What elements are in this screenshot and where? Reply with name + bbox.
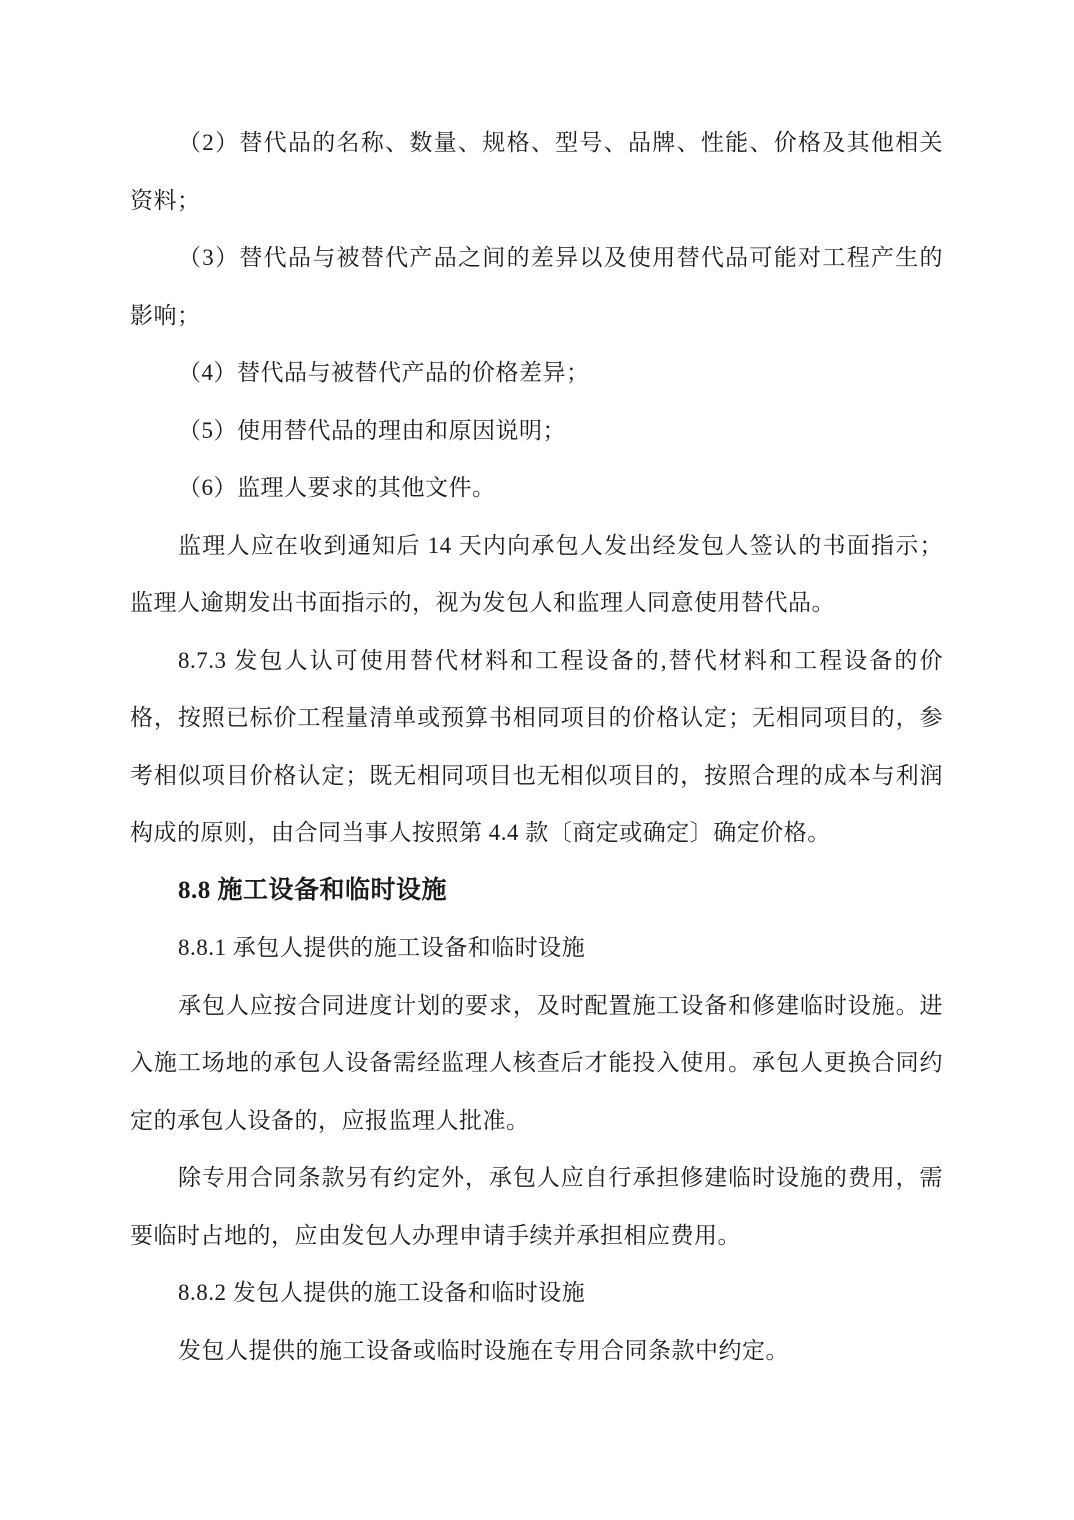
list-item-3-line-1: （3）替代品与被替代产品之间的差异以及使用替代品可能对工程产生的 — [130, 229, 943, 287]
section-heading-8-8: 8.8 施工设备和临时设施 — [130, 862, 943, 920]
clause-8-7-3-line-1: 8.7.3 发包人认可使用替代材料和工程设备的,替代材料和工程设备的价 — [130, 632, 943, 690]
list-item-6: （6）监理人要求的其他文件。 — [130, 459, 943, 517]
clause-8-7-3-line-3: 考相似项目价格认定；既无相同项目也无相似项目的，按照合理的成本与利润 — [130, 747, 943, 805]
clause-8-8-1-line-2: 入施工场地的承包人设备需经监理人核查后才能投入使用。承包人更换合同约 — [130, 1034, 943, 1092]
document-page: （2）替代品的名称、数量、规格、型号、品牌、性能、价格及其他相关 资料； （3）… — [0, 0, 1074, 1520]
clause-8-8-1-line-1: 承包人应按合同进度计划的要求，及时配置施工设备和修建临时设施。进 — [130, 977, 943, 1035]
document-text-block: （2）替代品的名称、数量、规格、型号、品牌、性能、价格及其他相关 资料； （3）… — [130, 114, 943, 1379]
clause-heading-8-8-2: 8.8.2 发包人提供的施工设备和临时设施 — [130, 1264, 943, 1322]
list-item-2-line-1: （2）替代品的名称、数量、规格、型号、品牌、性能、价格及其他相关 — [130, 114, 943, 172]
list-item-3-line-2: 影响； — [130, 287, 943, 345]
clause-8-8-2-text: 发包人提供的施工设备或临时设施在专用合同条款中约定。 — [130, 1322, 943, 1380]
temp-facilities-paragraph-line-2: 要临时占地的，应由发包人办理申请手续并承担相应费用。 — [130, 1207, 943, 1265]
clause-heading-8-8-1: 8.8.1 承包人提供的施工设备和临时设施 — [130, 919, 943, 977]
list-item-2-line-2: 资料； — [130, 172, 943, 230]
clause-8-7-3-line-4: 构成的原则，由合同当事人按照第 4.4 款〔商定或确定〕确定价格。 — [130, 804, 943, 862]
clause-8-8-1-line-3: 定的承包人设备的，应报监理人批准。 — [130, 1092, 943, 1150]
supervisor-paragraph-line-2: 监理人逾期发出书面指示的，视为发包人和监理人同意使用替代品。 — [130, 574, 943, 632]
clause-8-7-3-line-2: 格，按照已标价工程量清单或预算书相同项目的价格认定；无相同项目的，参 — [130, 689, 943, 747]
temp-facilities-paragraph-line-1: 除专用合同条款另有约定外，承包人应自行承担修建临时设施的费用，需 — [130, 1149, 943, 1207]
list-item-4: （4）替代品与被替代产品的价格差异； — [130, 344, 943, 402]
supervisor-paragraph-line-1: 监理人应在收到通知后 14 天内向承包人发出经发包人签认的书面指示； — [130, 517, 943, 575]
list-item-5: （5）使用替代品的理由和原因说明； — [130, 402, 943, 460]
